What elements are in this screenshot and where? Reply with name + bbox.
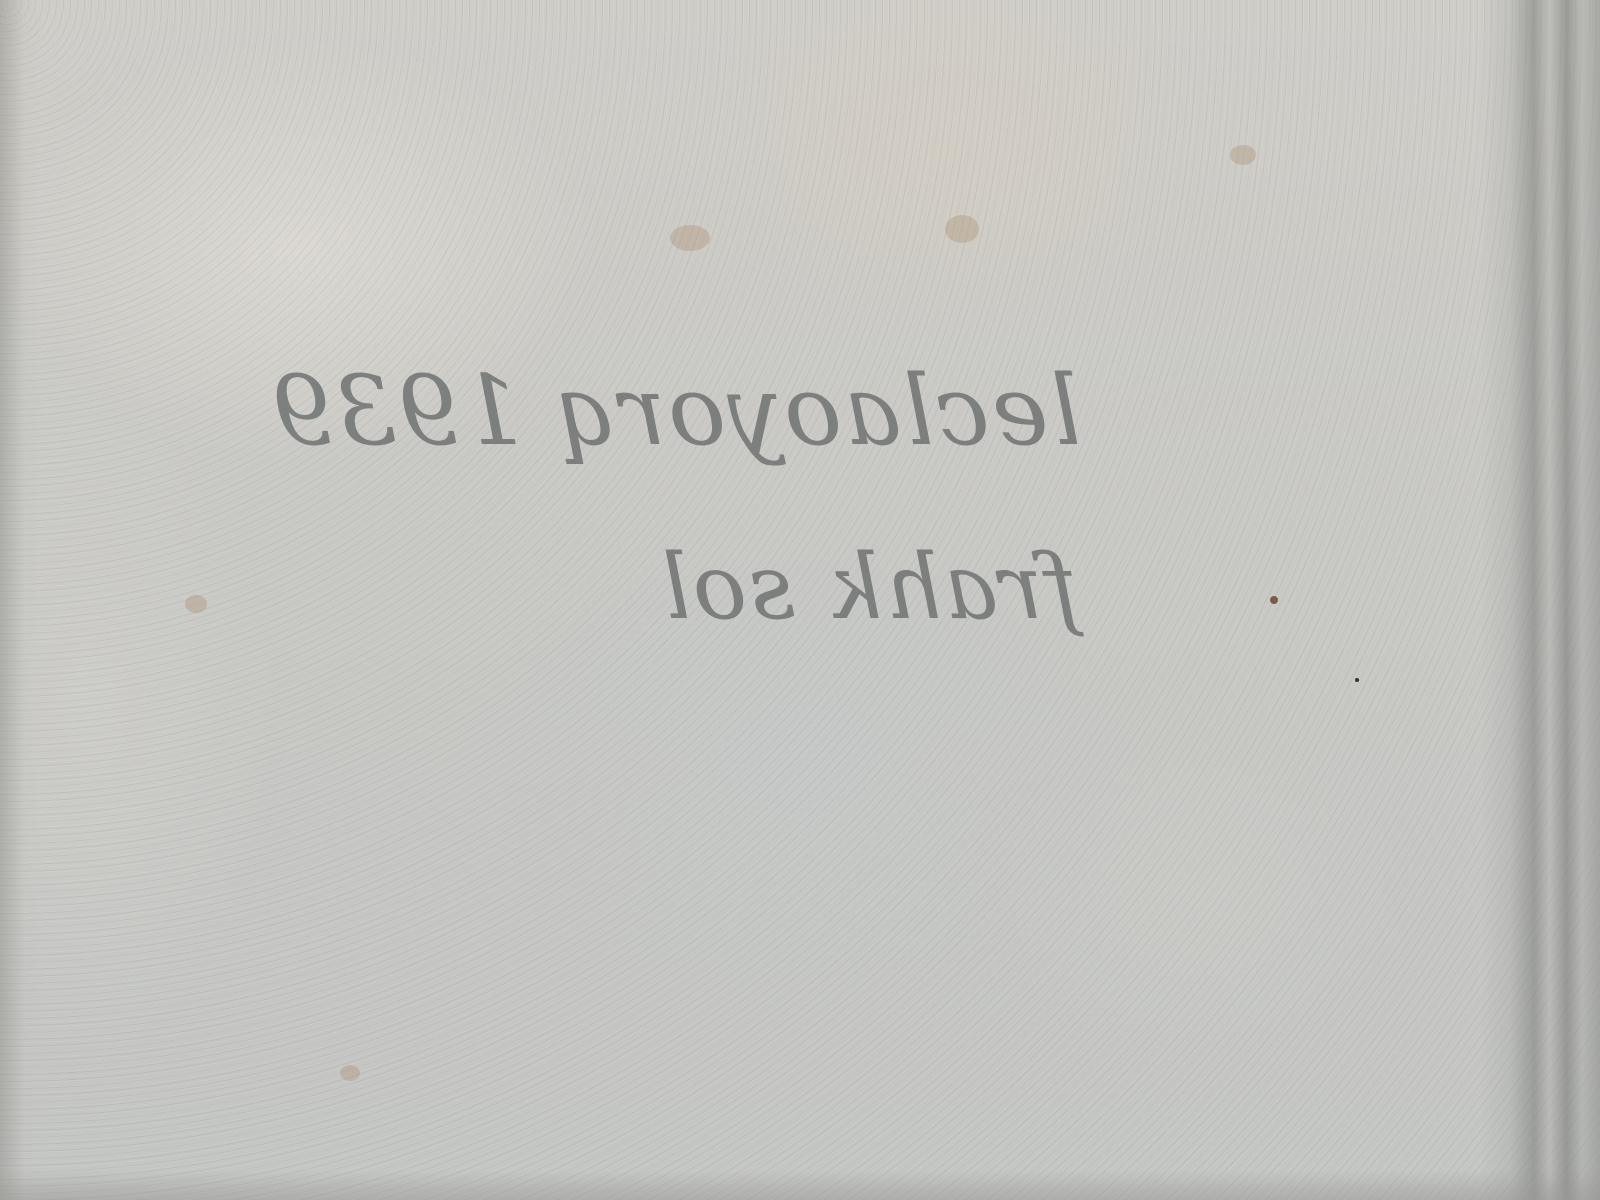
stain-spot bbox=[670, 225, 710, 251]
paper-bottom-edge bbox=[0, 1170, 1600, 1200]
dark-speck bbox=[1270, 596, 1278, 604]
paper-left-edge bbox=[0, 0, 40, 1200]
handwriting-line-1: leclaoyorq 1939 bbox=[270, 355, 1081, 467]
stain-spot bbox=[340, 1065, 360, 1081]
dark-speck bbox=[1355, 678, 1359, 682]
stain-spot bbox=[185, 595, 207, 613]
stain-spot bbox=[945, 215, 979, 243]
paper-right-border-shadow bbox=[1480, 0, 1600, 1200]
handwriting-line-2: frahk sol bbox=[660, 535, 1078, 640]
stain-spot bbox=[1230, 145, 1256, 165]
paper-photo: leclaoyorq 1939 frahk sol bbox=[0, 0, 1600, 1200]
